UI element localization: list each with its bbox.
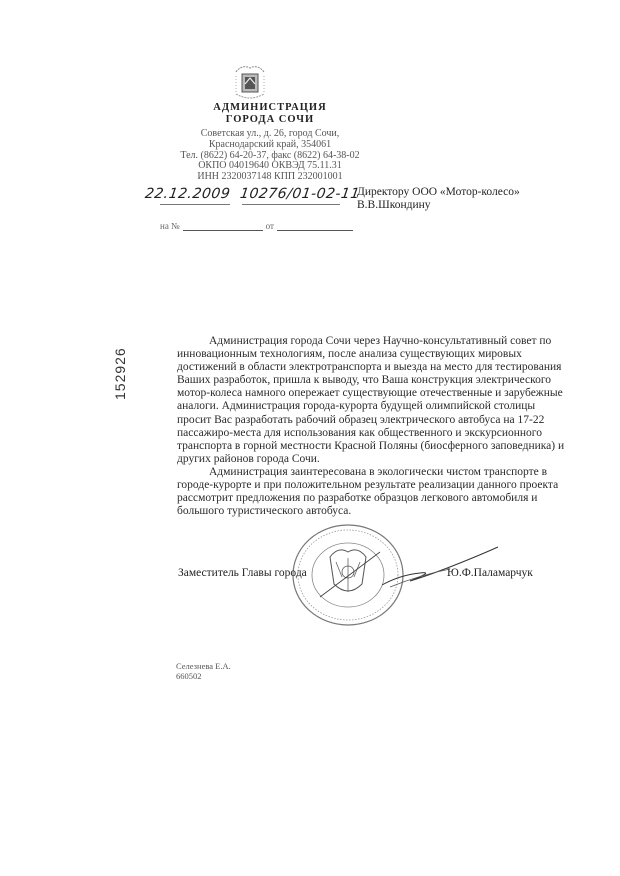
letter-body: Администрация города Сочи через Научно-к… [177,335,572,518]
registration-date: 22.12.2009 [144,186,231,202]
organization-title: АДМИНИСТРАЦИЯ ГОРОДА СОЧИ [180,102,360,126]
ref-from-label: от [266,221,274,231]
executor-name: Селезнева Е.А. [176,661,231,671]
ref-number-blank [183,221,263,231]
body-paragraph: Администрация заинтересована в экологиче… [177,466,572,518]
number-underline [242,204,340,205]
executor-phone: 660502 [176,671,231,681]
body-paragraph: Администрация города Сочи через Научно-к… [177,335,572,466]
signatory-position: Заместитель Главы города [178,567,307,579]
recipient-line2: В.В.Шкондину [357,199,520,212]
date-underline [160,204,230,205]
signatory-name: Ю.Ф.Паламарчук [447,567,533,579]
recipient-block: Директору ООО «Мотор-колесо» В.В.Шкондин… [357,186,520,212]
inn-line: ИНН 2320037148 КПП 232001001 [160,172,380,183]
org-title-line1: АДМИНИСТРАЦИЯ [180,102,360,114]
address-line: Краснодарский край, 354061 [160,140,380,151]
executor-block: Селезнева Е.А. 660502 [176,661,231,681]
coat-of-arms-icon [232,62,268,102]
recipient-line1: Директору ООО «Мотор-колесо» [357,186,520,199]
org-title-line2: ГОРОДА СОЧИ [180,114,360,126]
reference-line: на № от [160,221,353,231]
registration-number: 10276/01-02-11 [239,186,361,202]
ref-label: на № [160,221,180,231]
address-block: Советская ул., д. 26, город Сочи, Красно… [160,129,380,183]
margin-incoming-number: 152926 [112,347,128,400]
ref-date-blank [277,221,353,231]
